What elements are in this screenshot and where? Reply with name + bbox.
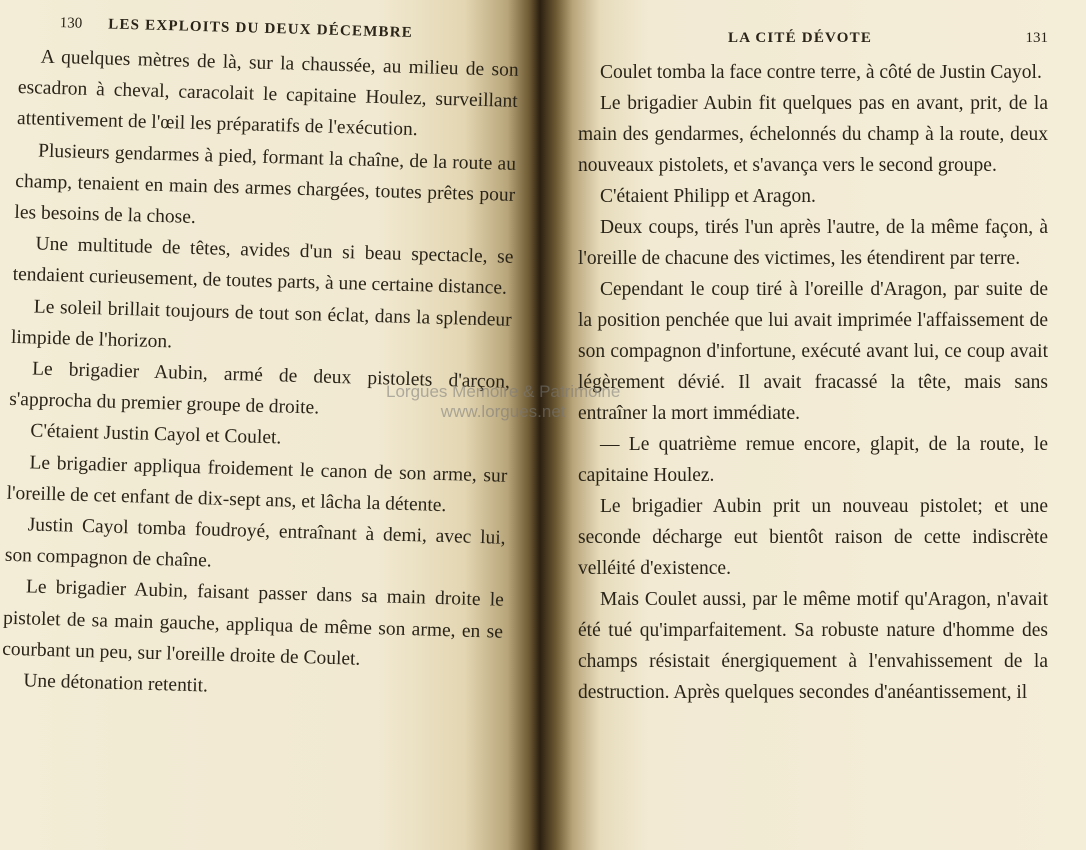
right-running-head: LA CITÉ DÉVOTE 131: [578, 30, 1048, 47]
left-running-head: 130 LES EXPLOITS DU DEUX DÉCEMBRE: [20, 14, 520, 45]
paragraph: Cependant le coup tiré à l'oreille d'Ara…: [578, 274, 1048, 429]
paragraph: Le brigadier Aubin prit un nouveau pisto…: [578, 491, 1048, 584]
paragraph: Deux coups, tirés l'un après l'autre, de…: [578, 212, 1048, 274]
left-page-content: 130 LES EXPLOITS DU DEUX DÉCEMBRE A quel…: [1, 14, 520, 710]
page-number: 131: [1026, 30, 1049, 47]
running-title: LES EXPLOITS DU DEUX DÉCEMBRE: [108, 16, 413, 42]
right-page-content: LA CITÉ DÉVOTE 131 Coulet tomba la face …: [578, 30, 1048, 708]
left-page: 130 LES EXPLOITS DU DEUX DÉCEMBRE A quel…: [0, 0, 540, 850]
paragraph: Coulet tomba la face contre terre, à côt…: [578, 57, 1048, 88]
paragraph: Le brigadier Aubin, faisant passer dans …: [2, 571, 504, 679]
running-title: LA CITÉ DÉVOTE: [728, 30, 872, 47]
paragraph: C'étaient Philipp et Aragon.: [578, 181, 1048, 212]
paragraph: Le brigadier Aubin fit quelques pas en a…: [578, 88, 1048, 181]
paragraph: — Le quatrième remue encore, glapit, de …: [578, 429, 1048, 491]
paragraph: Mais Coulet aussi, par le même motif qu'…: [578, 584, 1048, 708]
book-spread: 130 LES EXPLOITS DU DEUX DÉCEMBRE A quel…: [0, 0, 1086, 850]
paragraph: A quelques mètres de là, sur la chaussée…: [17, 41, 519, 149]
page-number: 130: [60, 15, 83, 33]
right-page: LA CITÉ DÉVOTE 131 Coulet tomba la face …: [540, 0, 1086, 850]
paragraph: Plusieurs gendarmes à pied, formant la c…: [14, 135, 516, 243]
